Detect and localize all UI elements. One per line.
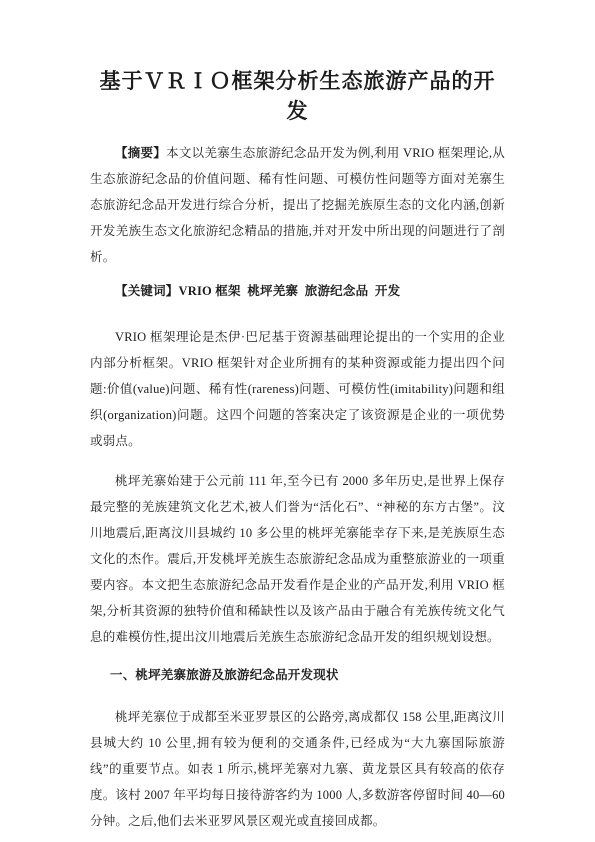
abstract-label: 【摘要】: [115, 146, 166, 160]
section-heading-development-status: 一、桃坪羌寨旅游及旅游纪念品开发现状: [90, 662, 505, 688]
abstract-text: 本文以羌寨生态旅游纪念品开发为例,利用 VRIO 框架理论,从生态旅游纪念品的价…: [90, 146, 505, 264]
paragraph-vrio-theory: VRIO 框架理论是杰伊·巴尼基于资源基础理论提出的一个实用的企业内部分析框架。…: [90, 324, 505, 454]
keywords-line: 【关键词】VRIO 框架 桃坪羌寨 旅游纪念品 开发: [90, 278, 505, 304]
abstract-paragraph: 【摘要】本文以羌寨生态旅游纪念品开发为例,利用 VRIO 框架理论,从生态旅游纪…: [90, 140, 505, 270]
keywords-text: VRIO 框架 桃坪羌寨 旅游纪念品 开发: [179, 284, 401, 298]
keywords-label: 【关键词】: [115, 284, 179, 298]
paper-page: 基于ＶＲＩＯ框架分析生态旅游产品的开发 【摘要】本文以羌寨生态旅游纪念品开发为例…: [0, 0, 595, 842]
paragraph-taoping-intro: 桃坪羌寨始建于公元前 111 年,至今已有 2000 多年历史,是世界上保存最完…: [90, 468, 505, 650]
paragraph-section1-status: 桃坪羌寨位于成都至米亚罗景区的公路旁,离成都仅 158 公里,距离汶川县城大约 …: [90, 704, 505, 834]
paper-title: 基于ＶＲＩＯ框架分析生态旅游产品的开发: [90, 66, 505, 126]
